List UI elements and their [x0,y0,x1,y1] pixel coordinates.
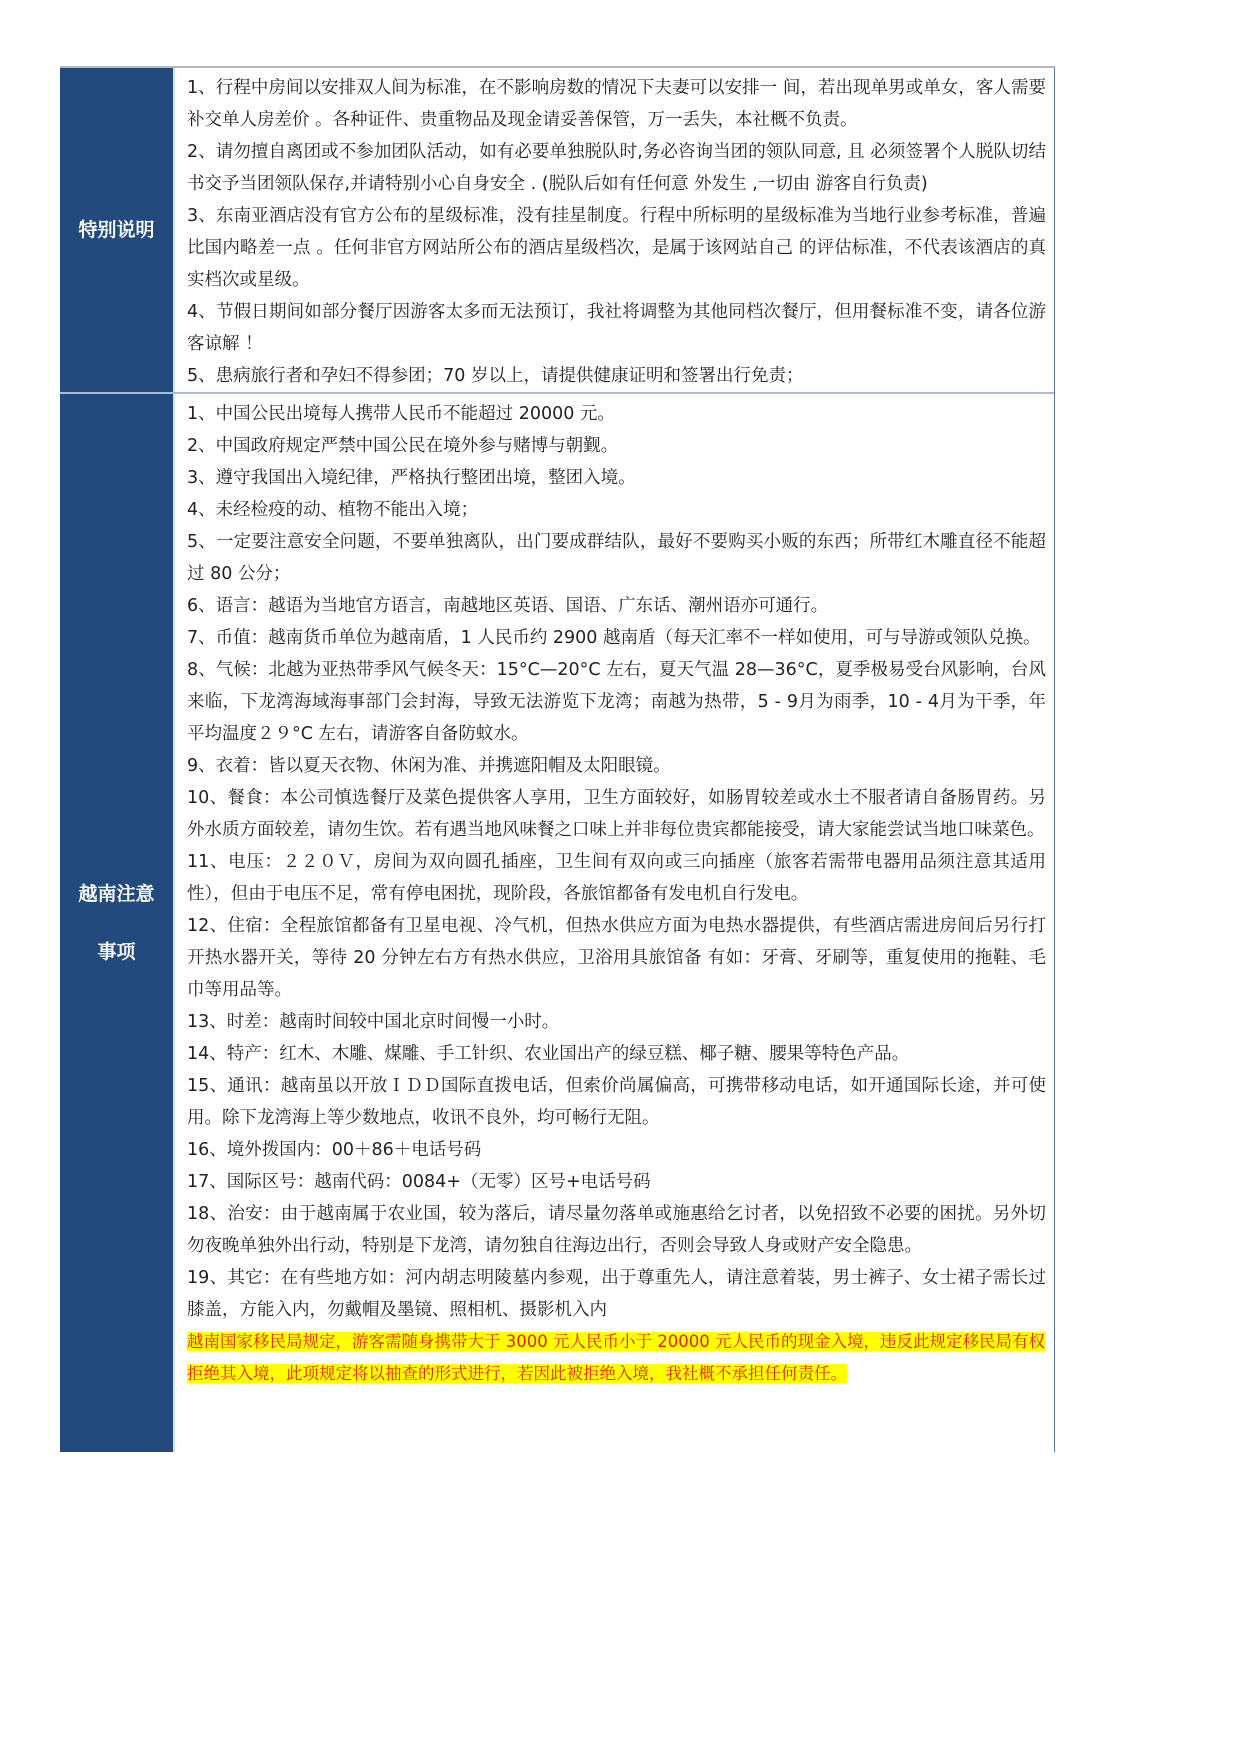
list-item: 5、一定要注意安全问题，不要单独离队，出门要成群结队，最好不要购买小贩的东西；所… [187,526,1046,590]
list-item: 3、遵守我国出入境纪律，严格执行整团出境，整团入境。 [187,462,1046,494]
list-item: 5、患病旅行者和孕妇不得参团；70 岁以上，请提供健康证明和签署出行免责； [187,360,1046,392]
list-item: 11、电压：２２０Ｖ，房间为双向圆孔插座，卫生间有双向或三向插座（旅客若需带电器… [187,846,1046,910]
section-label-vietnam-notes: 越南注意 事项 [60,394,173,1452]
list-item: 16、境外拨国内：00＋86＋电话号码 [187,1134,1046,1166]
list-item: 19、其它：在有些地方如：河内胡志明陵墓内参观，出于尊重先人，请注意着装，男士裤… [187,1262,1046,1326]
section-label-text: 特别说明 [78,201,154,259]
list-item: 14、特产：红木、木雕、煤雕、手工针织、农业国出产的绿豆糕、椰子糖、腰果等特色产… [187,1038,1046,1070]
section-label-text: 事项 [97,923,135,981]
list-item: 8、气候：北越为亚热带季风气候冬天：15°C—20°C 左右，夏天气温 28—3… [187,654,1046,750]
section-label-special-notes: 特别说明 [60,68,173,392]
notes-table: 特别说明 1、行程中房间以安排双人间为标准，在不影响房数的情况下夫妻可以安排一 … [60,66,1055,1452]
list-item: 15、通讯：越南虽以开放ＩＤＤ国际直拨电话，但索价尚属偏高，可携带移动电话，如开… [187,1070,1046,1134]
list-item: 10、餐食：本公司慎选餐厅及菜色提供客人享用，卫生方面较好，如肠胃较差或水土不服… [187,782,1046,846]
list-item: 13、时差：越南时间较中国北京时间慢一小时。 [187,1006,1046,1038]
list-item: 18、治安：由于越南属于农业国，较为落后，请尽量勿落单或施惠给乞讨者，以免招致不… [187,1198,1046,1262]
list-item: 3、东南亚酒店没有官方公布的星级标准，没有挂星制度。行程中所标明的星级标准为当地… [187,200,1046,296]
section-content-vietnam-notes: 1、中国公民出境每人携带人民币不能超过 20000 元。 2、中国政府规定严禁中… [173,394,1054,1452]
section-special-notes: 特别说明 1、行程中房间以安排双人间为标准，在不影响房数的情况下夫妻可以安排一 … [60,68,1054,392]
list-item: 2、请勿擅自离团或不参加团队活动，如有必要单独脱队时,务必咨询当团的领队同意, … [187,136,1046,200]
list-item: 7、币值：越南货币单位为越南盾，1 人民币约 2900 越南盾（每天汇率不一样如… [187,622,1046,654]
list-item: 2、中国政府规定严禁中国公民在境外参与赌博与朝觐。 [187,430,1046,462]
list-item: 1、行程中房间以安排双人间为标准，在不影响房数的情况下夫妻可以安排一 间，若出现… [187,72,1046,136]
section-content-special-notes: 1、行程中房间以安排双人间为标准，在不影响房数的情况下夫妻可以安排一 间，若出现… [173,68,1054,392]
section-vietnam-notes: 越南注意 事项 1、中国公民出境每人携带人民币不能超过 20000 元。 2、中… [60,392,1054,1452]
list-item: 4、节假日期间如部分餐厅因游客太多而无法预订，我社将调整为其他同档次餐厅，但用餐… [187,296,1046,360]
list-item: 4、未经检疫的动、植物不能出入境； [187,494,1046,526]
list-item: 1、中国公民出境每人携带人民币不能超过 20000 元。 [187,398,1046,430]
list-item: 12、住宿：全程旅馆都备有卫星电视、冷气机，但热水供应方面为电热水器提供，有些酒… [187,910,1046,1006]
immigration-notice-text: 越南国家移民局规定，游客需随身携带大于 3000 元人民币小于 20000 元人… [187,1332,1045,1383]
list-item: 17、国际区号：越南代码：0084+（无零）区号+电话号码 [187,1166,1046,1198]
list-item: 9、衣着：皆以夏天衣物、休闲为准、并携遮阳帽及太阳眼镜。 [187,750,1046,782]
immigration-notice: 越南国家移民局规定，游客需随身携带大于 3000 元人民币小于 20000 元人… [187,1326,1046,1396]
section-label-text: 越南注意 [78,865,154,923]
list-item: 6、语言：越语为当地官方语言，南越地区英语、国语、广东话、潮州语亦可通行。 [187,590,1046,622]
